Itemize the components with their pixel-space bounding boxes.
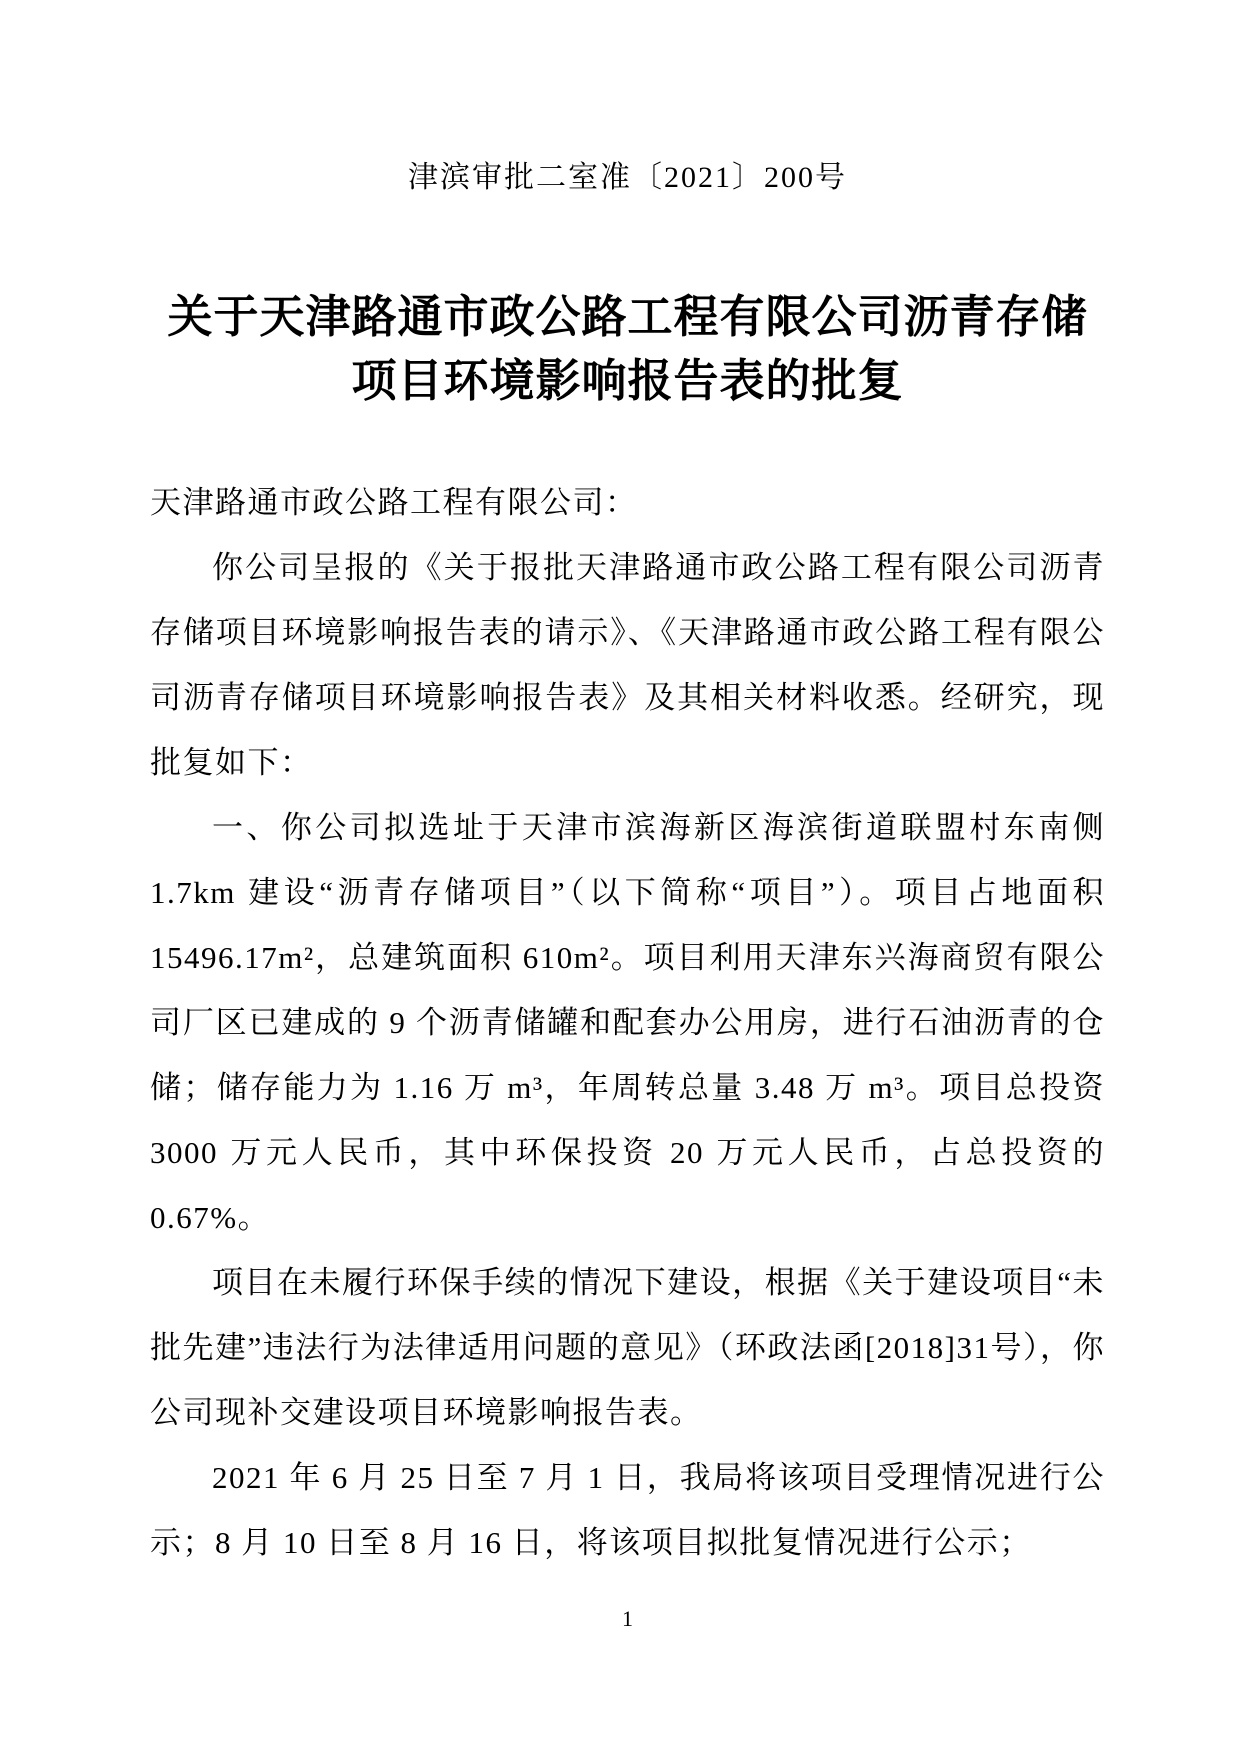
document-body: 天津路通市政公路工程有限公司： 你公司呈报的《关于报批天津路通市政公路工程有限公… — [150, 470, 1105, 1575]
paragraph-submission: 你公司呈报的《关于报批天津路通市政公路工程有限公司沥青存储项目环境影响报告表的请… — [150, 535, 1105, 795]
document-page: 津滨审批二室准〔2021〕200号 关于天津路通市政公路工程有限公司沥青存储 项… — [0, 0, 1241, 1754]
paragraph-project-description: 一、你公司拟选址于天津市滨海新区海滨街道联盟村东南侧 1.7km 建设“沥青存储… — [150, 795, 1105, 1250]
doc-number: 津滨审批二室准〔2021〕200号 — [150, 157, 1105, 199]
paragraph-public-notice: 2021 年 6 月 25 日至 7 月 1 日，我局将该项目受理情况进行公示；… — [150, 1445, 1105, 1575]
salutation: 天津路通市政公路工程有限公司： — [150, 470, 1105, 535]
document-title-line-1: 关于天津路通市政公路工程有限公司沥青存储 — [150, 285, 1105, 349]
document-title-line-2: 项目环境影响报告表的批复 — [150, 349, 1105, 413]
document-title: 关于天津路通市政公路工程有限公司沥青存储 项目环境影响报告表的批复 — [150, 285, 1105, 413]
page-number: 1 — [150, 1604, 1105, 1634]
paragraph-legal-basis: 项目在未履行环保手续的情况下建设，根据《关于建设项目“未批先建”违法行为法律适用… — [150, 1250, 1105, 1445]
document-content: 津滨审批二室准〔2021〕200号 关于天津路通市政公路工程有限公司沥青存储 项… — [150, 0, 1105, 1634]
